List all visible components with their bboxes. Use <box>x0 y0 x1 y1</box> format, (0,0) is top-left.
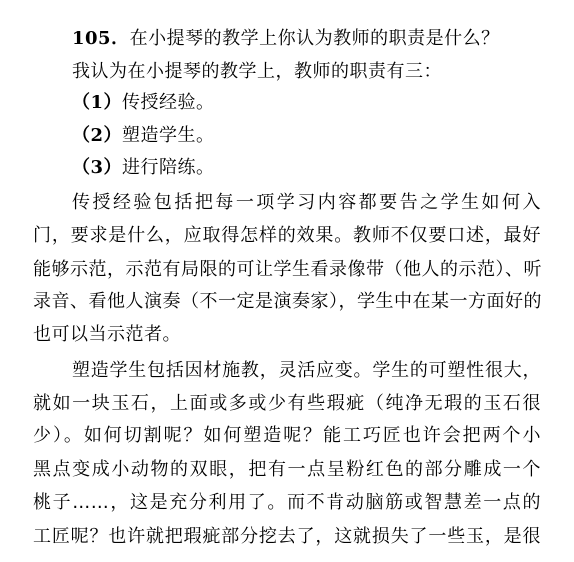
paragraph-line: 黑点变成小动物的双眼，把有一点呈粉红色的部分雕成一个 <box>33 459 541 481</box>
duty-text: 传授经验。 <box>122 92 215 113</box>
paragraph-line: 门，要求是什么，应取得怎样的效果。教师不仅要口述，最好 <box>33 225 541 247</box>
paragraph-line: 工匠呢？也许就把瑕疵部分挖去了，这就损失了一些玉，是很 <box>33 526 541 548</box>
duty-item: （3）进行陪练。 <box>72 157 541 179</box>
question-heading: 105．在小提琴的教学上你认为教师的职责是什么？ <box>72 28 541 50</box>
question-text: 在小提琴的教学上你认为教师的职责是什么？ <box>130 28 500 49</box>
paragraph-line: 也可以当示范者。 <box>33 324 541 346</box>
duty-item: （1）传授经验。 <box>72 92 541 114</box>
paragraph-line: 桃子……，这是充分利用了。而不肯动脑筋或智慧差一点的 <box>33 492 541 514</box>
duty-text: 进行陪练。 <box>122 157 215 178</box>
duty-number: （1） <box>72 92 122 113</box>
question-number: 105． <box>72 28 130 49</box>
duty-item: （2）塑造学生。 <box>72 125 541 147</box>
paragraph-line: 少）。如何切割呢？如何塑造呢？能工巧匠也许会把两个小 <box>33 425 541 447</box>
paragraph-line: 能够示范，示范有局限的可让学生看录像带（他人的示范）、听 <box>33 259 541 281</box>
duty-text: 塑造学生。 <box>122 125 215 146</box>
duty-number: （3） <box>72 157 122 178</box>
paragraph-line: 传授经验包括把每一项学习内容都要告之学生如何入 <box>72 192 541 214</box>
paragraph-line: 就如一块玉石，上面或多或少有些瑕疵（纯净无瑕的玉石很 <box>33 393 541 415</box>
paragraph-line: 录音、看他人演奏（不一定是演奏家），学生中在某一方面好的 <box>33 291 541 313</box>
duty-number: （2） <box>72 125 122 146</box>
intro-line: 我认为在小提琴的教学上，教师的职责有三： <box>72 61 541 83</box>
paragraph-line: 塑造学生包括因材施教，灵活应变。学生的可塑性很大， <box>72 360 541 382</box>
